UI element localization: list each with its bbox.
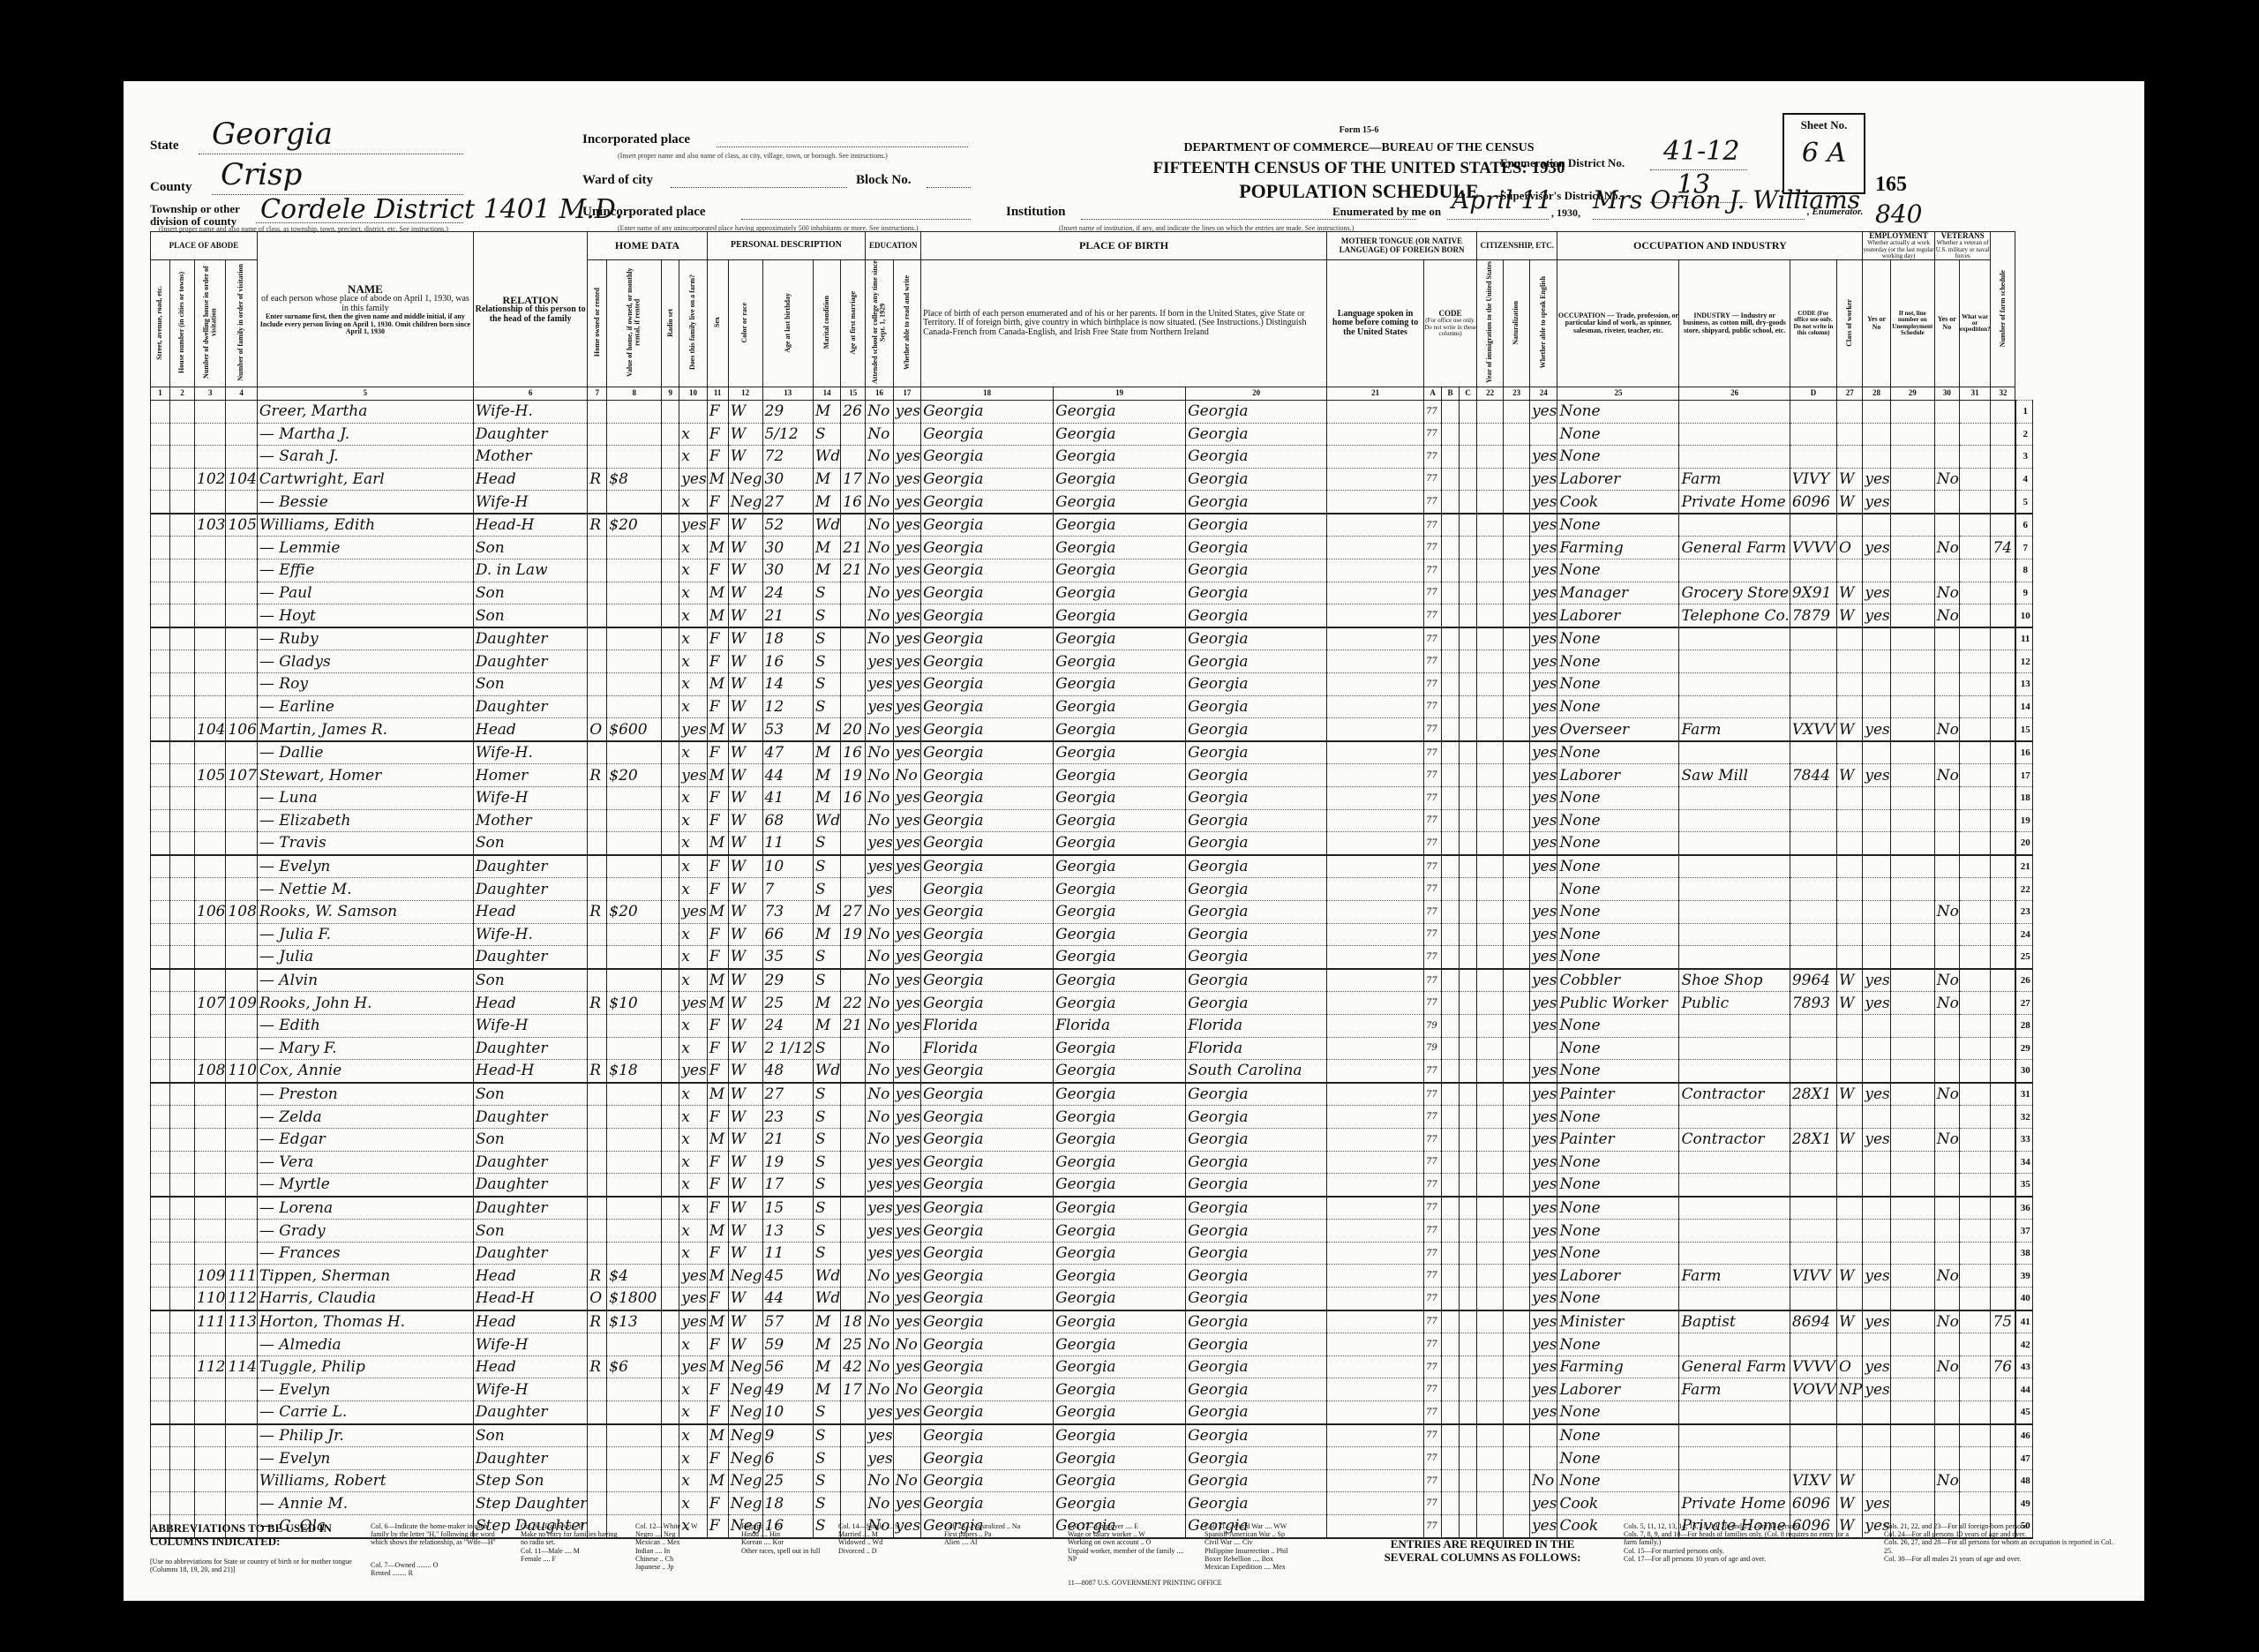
cell-own: R [588,514,607,537]
cell-blank [1504,878,1530,901]
cell-rel: Wife-H. [473,400,587,423]
cell-house-number [170,1469,195,1492]
cell-street [151,1106,170,1129]
cell-sex: F [707,1037,728,1060]
cell-mar: Wd [813,809,840,832]
cell-blank [1890,946,1934,969]
cell-sex: F [707,809,728,832]
cell-ocode [1790,1424,1836,1447]
cell-farm: yes [679,468,707,491]
cell-ind: Private Home [1679,1492,1790,1515]
cell-farm: yes [679,1288,707,1310]
cell-vet [1934,446,1959,469]
cell-own [588,559,607,582]
cell-ocode [1790,514,1836,537]
cell-radio [662,741,679,764]
cell-fam [226,1128,257,1151]
cell-vet [1934,1014,1959,1037]
cell-cls [1837,1333,1863,1356]
cell-ind: Shoe Shop [1679,969,1790,992]
cell-fbp: Georgia [1054,1447,1186,1470]
cell-eng [1530,423,1557,446]
county-label: County [150,180,192,195]
cell-vet [1934,741,1959,764]
cell-code: 77 [1424,1492,1442,1515]
cell-val: $1800 [607,1288,662,1310]
group-employment: EMPLOYMENTWhether actually at work yeste… [1863,232,1934,260]
line-number: 48 [2015,1469,2033,1492]
cell-ind [1679,423,1790,446]
cell-blank [1959,1083,1991,1106]
cell-farmno [1991,446,2015,469]
cell-street [151,537,170,559]
cell-blank [1327,1288,1424,1310]
cell-street [151,923,170,946]
col-header-23: Naturalization [1504,260,1530,387]
cell-eng: yes [1530,491,1557,514]
township-value: Cordele District 1401 M.D. [260,194,623,225]
cell-age: 9 [762,1424,813,1447]
cell-farm: x [679,855,707,878]
cell-val: $10 [607,992,662,1015]
cell-mar: Wd [813,514,840,537]
cell-sex: M [707,582,728,604]
cell-work [1863,855,1890,878]
cell-blank [1504,969,1530,992]
cell-age: 66 [762,923,813,946]
cell-work: yes [1863,537,1890,559]
cell-ocode: 8694 [1790,1310,1836,1333]
cell-name: — Dallie [257,741,473,764]
cell-blank [1477,1197,1504,1220]
cell-sex: M [707,537,728,559]
cell-vet [1934,923,1959,946]
cell-eng: yes [1530,1128,1557,1151]
cell-rw: No [893,764,920,787]
cell-work [1863,1401,1890,1424]
cell-sch: No [866,582,893,604]
cell-fam [226,1220,257,1243]
cell-mbp: Georgia [1186,695,1327,718]
cell-vet [1934,650,1959,673]
cell-bp: Georgia [921,878,1054,901]
cell-mbp: Georgia [1186,491,1327,514]
cell-age: 11 [762,1242,813,1265]
line-number: 7 [2015,537,2033,559]
cell-farm: x [679,969,707,992]
cell-vet [1934,1378,1959,1401]
cell-blank [1327,1242,1424,1265]
cell-race: Neg [728,468,762,491]
group-relation: RELATION Relationship of this person to … [473,232,587,387]
cell-blank [1327,1378,1424,1401]
cell-mbp: Georgia [1186,969,1327,992]
cell-blank [1504,1378,1530,1401]
cell-blank [1442,1128,1460,1151]
table-row: — EvelynWife-HxFNeg49M17NoNoGeorgiaGeorg… [151,1378,2033,1401]
cell-house-number [170,537,195,559]
cell-mar: S [813,855,840,878]
cell-bp: Georgia [921,559,1054,582]
col-header-30: Yes or No [1934,260,1959,387]
cell-street [151,446,170,469]
cell-occ: None [1557,1106,1679,1129]
cell-blank [1504,1151,1530,1174]
cell-radio [662,946,679,969]
cell-code: 77 [1424,992,1442,1015]
cell-blank [1442,1401,1460,1424]
cell-occ: Laborer [1557,764,1679,787]
cell-mbp: Georgia [1186,1128,1327,1151]
cell-val [607,1151,662,1174]
cell-house-number [170,1242,195,1265]
cell-farm: x [679,1106,707,1129]
cell-own [588,537,607,559]
cell-blank [1890,878,1934,901]
cell-bp: Georgia [921,537,1054,559]
cell-house-number [170,1037,195,1060]
cell-blank [1477,446,1504,469]
cell-blank [1460,468,1477,491]
cell-ocode: VOVV [1790,1378,1836,1401]
cell-work [1863,1037,1890,1060]
cell-code: 77 [1424,855,1442,878]
cell-blank [1442,695,1460,718]
cell-fam [226,1151,257,1174]
cell-ocode: 7844 [1790,764,1836,787]
cell-sch: No [866,1265,893,1288]
cell-dw: 105 [195,764,226,787]
cell-farm: x [679,1128,707,1151]
cell-agem [841,832,866,855]
cell-blank [1460,1424,1477,1447]
table-row: 105107Stewart, HomerHomerR$20yesMW44M19N… [151,764,2033,787]
line-number: 13 [2015,673,2033,696]
cell-own [588,878,607,901]
cell-ocode [1790,650,1836,673]
cell-blank [1890,1469,1934,1492]
cell-mbp: Florida [1186,1014,1327,1037]
cell-vet: No [1934,537,1959,559]
cell-ocode [1790,423,1836,446]
cell-street [151,718,170,741]
cell-blank [1959,1288,1991,1310]
cell-age: 21 [762,604,813,627]
cell-ocode: VVVV [1790,1355,1836,1378]
cell-fbp: Georgia [1054,1355,1186,1378]
line-number: 8 [2015,559,2033,582]
cell-sex: F [707,559,728,582]
table-row: 102104Cartwright, EarlHeadR$8yesMNeg30M1… [151,468,2033,491]
cell-dw: 102 [195,468,226,491]
cell-rel: Step Daughter [473,1492,587,1515]
cell-sex: F [707,1197,728,1220]
department-title: DEPARTMENT OF COMMERCE—BUREAU OF THE CEN… [1050,141,1668,155]
cell-fbp: Georgia [1054,1106,1186,1129]
cell-blank [1504,627,1530,650]
cell-eng: yes [1530,1242,1557,1265]
cell-occ: None [1557,559,1679,582]
cell-name: Rooks, John H. [257,992,473,1015]
cell-farm: x [679,1492,707,1515]
cell-name: — Alvin [257,969,473,992]
cell-bp: Georgia [921,923,1054,946]
cell-ind [1679,1401,1790,1424]
cell-ocode [1790,695,1836,718]
cell-code: 77 [1424,764,1442,787]
cell-radio [662,1174,679,1197]
cell-occ: Laborer [1557,604,1679,627]
ed-label: Enumeration District No. [1500,156,1625,170]
cell-radio [662,537,679,559]
col-header-4: Number of family in order of visitation [226,260,257,387]
cell-sex: F [707,787,728,810]
cell-radio [662,832,679,855]
cell-blank [1504,1014,1530,1037]
cell-rw: yes [893,741,920,764]
cell-blank [1442,446,1460,469]
cell-farmno [1991,741,2015,764]
cell-blank [1327,604,1424,627]
cell-blank [1460,559,1477,582]
cell-farm: x [679,1197,707,1220]
cell-agem: 16 [841,787,866,810]
cell-farmno [1991,491,2015,514]
cell-age: 48 [762,1060,813,1083]
cell-street [151,1310,170,1333]
group-home-data: HOME DATA [588,232,707,260]
cell-sch: No [866,764,893,787]
cell-blank [1890,695,1934,718]
entries-title: ENTRIES ARE REQUIRED IN THE SEVERAL COLU… [1368,1538,1597,1565]
cell-race: W [728,855,762,878]
cell-dw [195,400,226,423]
cell-occ: None [1557,673,1679,696]
cell-occ: Laborer [1557,468,1679,491]
cell-blank [1959,514,1991,537]
cell-race: Neg [728,1265,762,1288]
cell-street [151,1197,170,1220]
cell-code: 77 [1424,1378,1442,1401]
cell-age: 44 [762,764,813,787]
cell-blank [1959,1242,1991,1265]
cell-occ: None [1557,1220,1679,1243]
cell-mbp: Georgia [1186,923,1327,946]
cell-dw: 107 [195,992,226,1015]
cell-farmno [1991,787,2015,810]
table-row: — EffieD. in LawxFW30M21NoyesGeorgiaGeor… [151,559,2033,582]
line-number: 12 [2015,650,2033,673]
cell-blank [1460,718,1477,741]
cell-ocode: 6096 [1790,491,1836,514]
cell-sex: M [707,1424,728,1447]
sheet-label: Sheet No. [1784,118,1864,132]
cell-radio [662,1128,679,1151]
cell-fbp: Georgia [1054,1333,1186,1356]
line-number: 23 [2015,900,2033,923]
cell-own: R [588,1310,607,1333]
group-education: EDUCATION [866,232,921,260]
cell-race: W [728,423,762,446]
cell-rw: yes [893,491,920,514]
cell-house-number [170,1220,195,1243]
cell-blank [1460,741,1477,764]
cell-work: yes [1863,992,1890,1015]
cell-work [1863,1288,1890,1310]
cell-blank [1460,1378,1477,1401]
cell-mar: S [813,1037,840,1060]
cell-occ: None [1557,446,1679,469]
table-row: — EvelynDaughterxFW10SyesyesGeorgiaGeorg… [151,855,2033,878]
cell-work [1863,1469,1890,1492]
cell-dw [195,559,226,582]
cell-blank [1460,650,1477,673]
cell-blank [1460,1355,1477,1378]
cell-name: — Vera [257,1151,473,1174]
cell-dw: 110 [195,1288,226,1310]
margin-number: 840 [1875,199,1922,229]
cell-own: R [588,1355,607,1378]
cell-val [607,1333,662,1356]
cell-fbp: Georgia [1054,1151,1186,1174]
cell-house-number [170,855,195,878]
cell-sex: F [707,878,728,901]
cell-sch: No [866,946,893,969]
cell-rw: No [893,1378,920,1401]
cell-blank [1460,1447,1477,1470]
cell-work [1863,400,1890,423]
cell-ind: Farm [1679,718,1790,741]
cell-eng: yes [1530,832,1557,855]
cell-mbp: Georgia [1186,1492,1327,1515]
cell-ind [1679,855,1790,878]
cell-blank [1959,559,1991,582]
cell-rel: Daughter [473,1197,587,1220]
cell-cls: W [1837,1083,1863,1106]
cell-blank [1442,855,1460,878]
cell-race: W [728,514,762,537]
cell-val [607,537,662,559]
cell-eng: yes [1530,1220,1557,1243]
cell-farm: x [679,832,707,855]
cell-mar: S [813,1128,840,1151]
cell-blank [1460,1288,1477,1310]
cell-cls: W [1837,604,1863,627]
cell-cls [1837,809,1863,832]
cell-rw: yes [893,537,920,559]
cell-sch: yes [866,673,893,696]
cell-vet [1934,787,1959,810]
cell-blank [1959,1355,1991,1378]
cell-mar: S [813,1469,840,1492]
cell-rel: Head [473,718,587,741]
cell-blank [1327,446,1424,469]
cell-mbp: Georgia [1186,446,1327,469]
cell-val [607,1128,662,1151]
cell-blank [1504,1492,1530,1515]
cell-age: 49 [762,1378,813,1401]
cell-farm: x [679,923,707,946]
cell-bp: Georgia [921,969,1054,992]
cell-street [151,1447,170,1470]
cell-mar: S [813,1197,840,1220]
cell-farmno [1991,400,2015,423]
cell-blank [1959,1128,1991,1151]
cell-race: W [728,1151,762,1174]
cell-blank [1477,764,1504,787]
cell-rw: yes [893,695,920,718]
cell-mbp: Georgia [1186,1197,1327,1220]
cell-code: 77 [1424,423,1442,446]
cell-sch: No [866,491,893,514]
cell-fam [226,1469,257,1492]
cell-blank [1477,809,1504,832]
cell-code: 77 [1424,1469,1442,1492]
cell-occ: None [1557,1333,1679,1356]
abbr-col6: Col. 6—Indicate the home-maker in each f… [371,1522,503,1547]
table-row: — GradySonxMW13SyesyesGeorgiaGeorgiaGeor… [151,1220,2033,1243]
cell-blank [1327,468,1424,491]
line-number: 18 [2015,787,2033,810]
cell-cls [1837,1037,1863,1060]
cell-fbp: Georgia [1054,855,1186,878]
cell-rw: yes [893,900,920,923]
cell-blank [1442,1014,1460,1037]
cell-agem [841,446,866,469]
cell-own [588,1424,607,1447]
cell-farmno [1991,764,2015,787]
cell-val: $18 [607,1060,662,1083]
cell-occ: Public Worker [1557,992,1679,1015]
group-birth: PLACE OF BIRTH [921,232,1327,260]
cell-bp: Georgia [921,423,1054,446]
cell-own [588,1197,607,1220]
cell-blank [1460,491,1477,514]
cell-val [607,1469,662,1492]
cell-blank [1460,673,1477,696]
col-header-32: Number of farm schedule [1991,232,2015,387]
cell-race: W [728,1106,762,1129]
cell-farm: x [679,650,707,673]
cell-ind: Grocery Store [1679,582,1790,604]
cell-val [607,1424,662,1447]
cell-val: $20 [607,764,662,787]
cell-blank [1442,673,1460,696]
cell-rel: Wife-H [473,1014,587,1037]
cell-mbp: Georgia [1186,1174,1327,1197]
cell-blank [1504,423,1530,446]
cell-age: 19 [762,1151,813,1174]
cell-ocode [1790,1037,1836,1060]
cell-agem [841,1151,866,1174]
cell-fbp: Georgia [1054,809,1186,832]
cell-blank [1959,650,1991,673]
cell-blank [1327,718,1424,741]
cell-own [588,1106,607,1129]
cell-rw: yes [893,1242,920,1265]
cell-ocode [1790,559,1836,582]
cell-sex: F [707,400,728,423]
cell-fbp: Georgia [1054,1288,1186,1310]
cell-blank [1460,1083,1477,1106]
cell-blank [1504,832,1530,855]
cell-ocode [1790,787,1836,810]
table-row: — RoySonxMW14SyesyesGeorgiaGeorgiaGeorgi… [151,673,2033,696]
cell-blank [1890,1151,1934,1174]
cell-fbp: Georgia [1054,423,1186,446]
cell-blank [1477,900,1504,923]
cell-own: R [588,1265,607,1288]
